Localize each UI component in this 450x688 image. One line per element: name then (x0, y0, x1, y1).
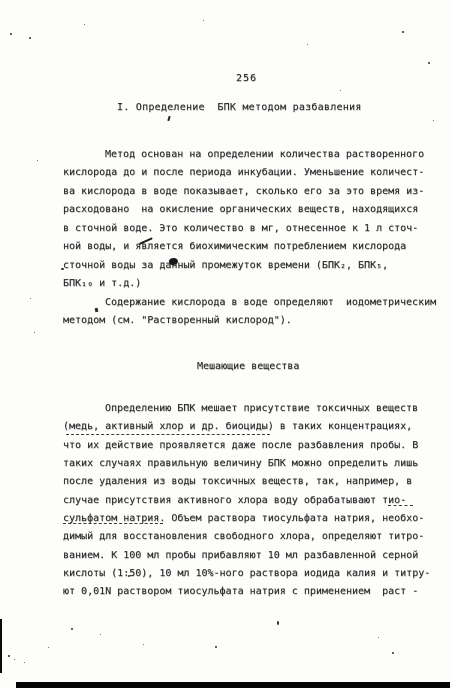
noise-speck (24, 662, 25, 663)
noise-speck (277, 621, 279, 625)
noise-speck (71, 628, 73, 630)
noise-speck (378, 637, 379, 638)
text-line: кислоты (1:50), 10 мл 10%-ного раствора … (63, 565, 441, 583)
paragraph-interfering: Определению БПК мешает присутствие токси… (63, 400, 441, 602)
noise-speck (34, 332, 35, 333)
text-line: Содержание кислорода в воде определяют и… (63, 294, 441, 312)
scanned-page: 256 I. Определение БПК методом разбавлен… (0, 0, 450, 688)
noise-speck (10, 33, 12, 35)
noise-speck (61, 268, 64, 270)
section-heading: Мешающие вещества (197, 361, 299, 372)
text-line: сточной воды за данный промежуток времен… (63, 257, 441, 275)
text-line: случае присутствия активного хлора воду … (63, 492, 441, 510)
noise-speck (203, 20, 204, 21)
noise-speck (143, 644, 144, 645)
page-number: 256 (236, 73, 257, 84)
text-line: ют 0,01N раствором тиосульфата натрия с … (63, 583, 441, 601)
noise-speck (340, 90, 341, 91)
noise-speck (48, 647, 49, 648)
text-line: расходовано на окисление органических ве… (63, 201, 441, 219)
noise-speck (100, 634, 101, 635)
noise-speck (428, 62, 430, 64)
text-line: димый для восстановления свободного хлор… (63, 528, 441, 546)
text-line: ной воды, и является биохимическим потре… (63, 238, 441, 256)
text-line: Определению БПК мешает присутствие токси… (63, 400, 441, 418)
underline-mark (388, 505, 413, 506)
noise-speck (14, 659, 15, 660)
text-line: методом (см. "Растворенный кислород"). (63, 312, 441, 330)
text-line: БПК₁₀ и т.д.) (63, 275, 441, 293)
text-line: ва кислорода в воде показывает, сколько … (63, 183, 441, 201)
page-title: I. Определение БПК методом разбавления (117, 102, 362, 113)
scan-edge-line (0, 619, 2, 673)
scan-edge-band (16, 682, 450, 688)
text-line: в сточной воде. Это количество в мг, отн… (63, 220, 441, 238)
noise-speck (84, 24, 85, 25)
noise-speck (29, 37, 31, 39)
text-line: Метод основан на определении количества … (63, 146, 441, 164)
paragraph-method: Метод основан на определении количества … (63, 146, 441, 294)
noise-speck (307, 44, 308, 45)
text-line: кислорода до и после периода инкубации. … (63, 164, 441, 182)
noise-speck (433, 120, 434, 121)
text-line: таких случаях правильную величину БПК мо… (63, 455, 441, 473)
noise-speck (392, 652, 394, 654)
noise-speck (8, 655, 10, 657)
underline-mark (63, 523, 163, 524)
paragraph-oxygen-content: Содержание кислорода в воде определяют и… (63, 294, 441, 331)
noise-speck (402, 31, 404, 33)
noise-speck (37, 160, 38, 161)
pen-tick (167, 116, 170, 121)
text-line: после удаления из воды токсичных веществ… (63, 473, 441, 491)
text-line: что их действие проявляется даже после р… (63, 437, 441, 455)
pen-tick (95, 308, 99, 313)
text-line: сульфатом натрия. Объем раствора тиосуль… (63, 510, 441, 528)
text-line: ванием. К 100 мл пробы прибавляют 10 мл … (63, 547, 441, 565)
noise-speck (30, 298, 31, 299)
noise-speck (128, 575, 130, 577)
underline-mark (66, 434, 270, 435)
noise-speck (215, 646, 217, 648)
